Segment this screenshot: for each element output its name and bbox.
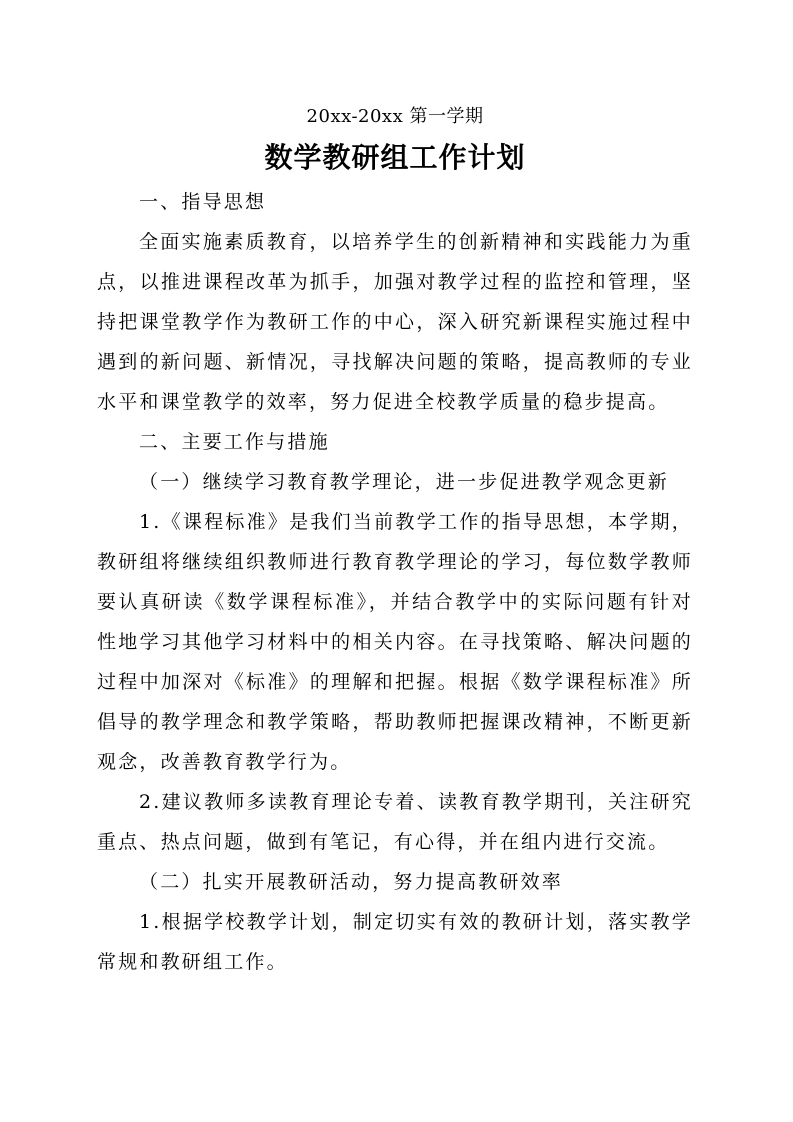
document-title: 数学教研组工作计划 — [97, 138, 693, 178]
subsection-heading-research-activities: （二）扎实开展教研活动，努力提高教研效率 — [97, 862, 693, 902]
document-body: 一、指导思想 全面实施素质教育，以培养学生的创新精神和实践能力为重点，以推进课程… — [97, 182, 693, 982]
subsection-heading-theory-study: （一）继续学习教育教学理论，进一步促进教学观念更新 — [97, 462, 693, 502]
paragraph-item-1-curriculum-standard: 1.《课程标准》是我们当前教学工作的指导思想，本学期，教研组将继续组织教师进行教… — [97, 502, 693, 782]
section-heading-main-work: 二、主要工作与措施 — [97, 422, 693, 462]
document-subtitle: 20xx-20xx 第一学期 — [97, 104, 693, 130]
paragraph-guiding-ideology: 全面实施素质教育，以培养学生的创新精神和实践能力为重点，以推进课程改革为抓手，加… — [97, 222, 693, 422]
paragraph-item-1-research-plan: 1.根据学校教学计划，制定切实有效的教研计划，落实教学常规和教研组工作。 — [97, 902, 693, 982]
paragraph-item-2-reading: 2.建议教师多读教育理论专着、读教育教学期刊，关注研究重点、热点问题，做到有笔记… — [97, 782, 693, 862]
section-heading-guiding-ideology: 一、指导思想 — [97, 182, 693, 222]
